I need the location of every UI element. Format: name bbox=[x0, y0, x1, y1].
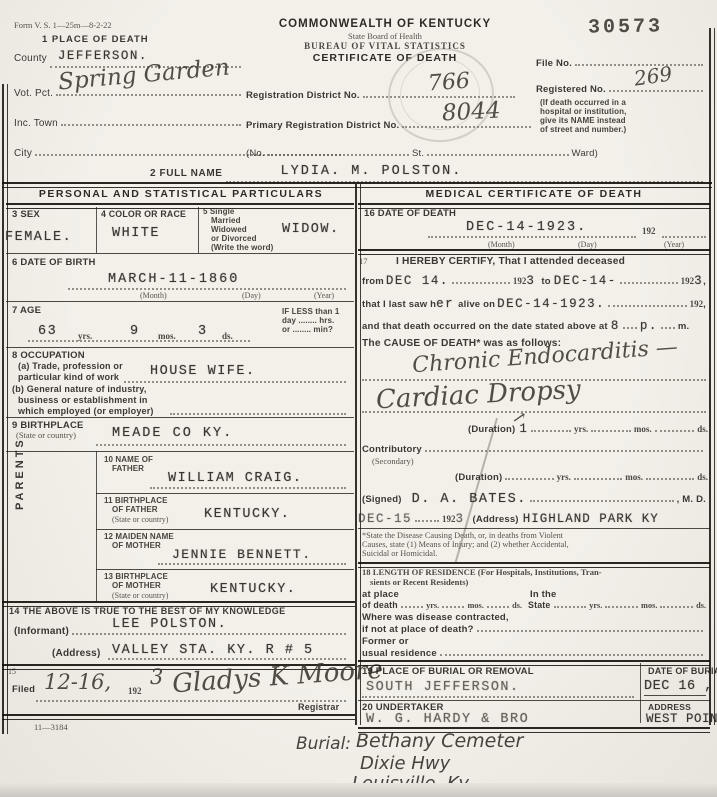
voting-precinct-label: Vot. Pct. bbox=[14, 88, 53, 99]
secondary-label: (Secondary) bbox=[372, 456, 414, 466]
sr-ds: ds. bbox=[696, 601, 706, 610]
county-label: County bbox=[14, 53, 47, 64]
dod-label: 16 DATE OF DEATH bbox=[364, 208, 456, 219]
scan-edge-shadow bbox=[0, 783, 717, 797]
from-year-preprint: 192 bbox=[513, 276, 527, 286]
from-value: DEC 14. bbox=[386, 274, 449, 288]
physician-signature: D. A. BATES. bbox=[412, 492, 527, 507]
from-label: from bbox=[362, 276, 384, 287]
hospital-note-line3: give its NAME instead bbox=[540, 116, 712, 125]
duration2-row: (Duration) yrs. mos. ds. bbox=[455, 472, 708, 483]
former-label: Former or bbox=[362, 636, 409, 647]
saw-blank bbox=[608, 305, 687, 307]
burial-note-cemetery: Bethany Cemeter bbox=[356, 730, 523, 752]
physician-address-value: HIGHLAND PARK KY bbox=[523, 512, 659, 526]
odb1 bbox=[401, 606, 423, 608]
usual-residence-blank bbox=[440, 654, 703, 656]
hospital-note-line1: (If death occurred in a bbox=[540, 98, 712, 107]
hospital-note: (If death occurred in a hospital or inst… bbox=[540, 98, 712, 134]
dob-label: 6 DATE OF BIRTH bbox=[12, 257, 96, 268]
birthplace-blank bbox=[96, 444, 346, 446]
duration2-blank2 bbox=[574, 478, 622, 480]
duration-label: (Duration) bbox=[468, 424, 515, 435]
full-name-label: 2 FULL NAME bbox=[150, 168, 223, 179]
to-year-preprint: 192 bbox=[681, 276, 695, 286]
row-rule-2 bbox=[6, 301, 354, 302]
saw-comma: , bbox=[703, 299, 706, 310]
duration-row: (Duration) 1 yrs. mos. ds. bbox=[468, 422, 708, 436]
medical-section-title: MEDICAL CERTIFICATE OF DEATH bbox=[358, 188, 710, 200]
sr-yrs: yrs. bbox=[589, 601, 602, 610]
state-label: State bbox=[528, 600, 551, 610]
dod-day-caption: (Day) bbox=[578, 240, 597, 249]
duration-mos: mos. bbox=[634, 424, 652, 434]
occupation-a-line2: particular kind of work bbox=[18, 372, 119, 382]
dod-year-preprint: 192 bbox=[642, 226, 656, 236]
marital-label-4: or Divorced bbox=[203, 234, 273, 243]
commonwealth-title: COMMONWEALTH OF KENTUCKY bbox=[240, 18, 530, 30]
full-name-blank: LYDIA. M. POLSTON. bbox=[226, 163, 703, 183]
attended-from-row: from DEC 14. 192 3 to DEC-14- 192 3 , bbox=[362, 274, 706, 288]
sr-mos: mos. bbox=[641, 601, 657, 610]
informant-address-label: (Address) bbox=[52, 648, 100, 659]
footnote-line3: Suicidal or Homicidal. bbox=[362, 549, 569, 558]
marital-label-1: 5 Single bbox=[203, 207, 273, 216]
marital-value: WIDOW. bbox=[282, 222, 340, 237]
duration-blank2 bbox=[591, 430, 631, 432]
burial-date-underline bbox=[644, 695, 706, 696]
to-blank bbox=[620, 282, 678, 284]
duration-blank3 bbox=[655, 430, 695, 432]
contributory-label: Contributory bbox=[362, 444, 422, 455]
undertaker-address-value: WEST POINT KY bbox=[646, 712, 717, 726]
voting-precinct-blank bbox=[56, 94, 241, 96]
hospital-note-line4: of street and number.) bbox=[540, 125, 712, 134]
st-blank bbox=[427, 154, 568, 156]
cause-footnote: *State the Disease Causing Death, or, in… bbox=[362, 531, 569, 558]
death-certificate-scan: Form V. S. 1—25m—8-2-22 1 PLACE OF DEATH… bbox=[0, 0, 717, 797]
undertaker-address-label: ADDRESS bbox=[648, 702, 691, 712]
mother-bp-label1: 13 BIRTHPLACE bbox=[104, 572, 168, 581]
row-rule-4 bbox=[6, 417, 354, 418]
st-label: St. bbox=[412, 148, 424, 159]
father-name-label2: FATHER bbox=[112, 464, 144, 473]
death-occurred-row: and that death occurred on the date stat… bbox=[362, 319, 706, 333]
dob-value: MARCH-11-1860 bbox=[108, 272, 239, 287]
state-board-subtitle: State Board of Health bbox=[240, 31, 530, 41]
county-value: JEFFERSON. bbox=[58, 49, 148, 63]
file-no-label: File No. bbox=[536, 58, 572, 69]
signed-row: (Signed) D. A. BATES. , M. D. bbox=[362, 492, 706, 507]
saw-label2: alive on bbox=[458, 299, 495, 310]
registered-no-label: Registered No. bbox=[536, 84, 606, 95]
mother-name-label1: 12 MAIDEN NAME bbox=[104, 532, 174, 541]
left-bottom-rule bbox=[2, 714, 355, 720]
dob-blank bbox=[68, 288, 346, 290]
street-ward-row: (No. St. Ward) bbox=[246, 148, 598, 159]
dob-year-caption: (Year) bbox=[314, 291, 334, 300]
dod-blank2 bbox=[662, 236, 706, 238]
signed-year-preprint: 192 bbox=[442, 514, 456, 524]
full-name-row: 2 FULL NAME LYDIA. M. POLSTON. bbox=[150, 163, 706, 183]
form-code: Form V. S. 1—25m—8-2-22 bbox=[14, 20, 112, 30]
saw-her-value: er bbox=[436, 297, 454, 311]
occupation-b-line2: business or establishment in bbox=[18, 395, 148, 405]
voting-precinct-row: Vot. Pct. bbox=[14, 88, 244, 99]
registered-no-row: Registered No. bbox=[536, 84, 706, 95]
contributory-blank bbox=[425, 450, 703, 452]
odb2 bbox=[442, 606, 464, 608]
od-ds: ds. bbox=[512, 601, 522, 610]
from-year-value: 3 bbox=[526, 274, 535, 288]
to-comma: , bbox=[703, 276, 706, 287]
signed-year-value: 3 bbox=[456, 512, 465, 526]
father-bp-label2: OF FATHER bbox=[112, 505, 158, 514]
burial-date-value: DEC 16 , 23 bbox=[644, 679, 717, 694]
age-months-value: 9 bbox=[130, 324, 140, 339]
parents-rule-2 bbox=[96, 529, 354, 530]
cause-blank2 bbox=[362, 411, 706, 413]
dod-year-caption: (Year) bbox=[664, 240, 684, 249]
signed-label: (Signed) bbox=[362, 494, 402, 505]
race-value: WHITE bbox=[112, 226, 160, 241]
birthplace-value: MEADE CO KY. bbox=[112, 426, 233, 441]
died-blank2 bbox=[661, 327, 675, 329]
parents-inner-divider bbox=[96, 451, 97, 601]
race-label: 4 COLOR OR RACE bbox=[101, 209, 186, 219]
in-the-label: In the bbox=[530, 589, 557, 600]
registrar-label: Registrar bbox=[298, 702, 339, 712]
certify-field-number: 17 bbox=[359, 256, 368, 266]
contributory-row: Contributory bbox=[362, 444, 706, 455]
informant-label: (Informant) bbox=[14, 626, 69, 637]
father-name-blank bbox=[150, 487, 346, 489]
marital-label-2: Married bbox=[203, 216, 273, 225]
sex-race-divider bbox=[96, 207, 97, 253]
duration-yrs: yrs. bbox=[574, 424, 588, 434]
if-less-line2: day ........ hrs. bbox=[282, 316, 339, 325]
at-place-label: at place bbox=[362, 589, 399, 600]
burial-date-divider bbox=[640, 663, 641, 723]
parents-vertical-label: PARENTS bbox=[14, 437, 26, 510]
last-saw-row: that I last saw h er alive on DEC-14-192… bbox=[362, 297, 706, 311]
srb2 bbox=[605, 606, 638, 608]
saw-date-value: DEC-14-1923. bbox=[497, 297, 605, 311]
saw-year-preprint: 192 bbox=[690, 299, 704, 309]
inc-town-blank bbox=[61, 124, 241, 126]
saw-label1: that I last saw h bbox=[362, 299, 436, 310]
signed-date-value: DEC-15 bbox=[358, 512, 412, 526]
mother-bp-label2: OF MOTHER bbox=[112, 581, 161, 590]
footnote-line1: *State the Disease Causing Death, or, in… bbox=[362, 531, 569, 540]
signed-date-row: DEC-15 192 3 (Address) HIGHLAND PARK KY bbox=[358, 512, 708, 526]
age-blank bbox=[28, 340, 250, 342]
occupation-label: 8 OCCUPATION bbox=[12, 350, 85, 361]
sex-label: 3 SEX bbox=[12, 209, 40, 220]
burial-note-street: Dixie Hwy bbox=[360, 753, 450, 774]
filed-year-preprint: 192 bbox=[128, 686, 142, 696]
filed-field-number: 15 bbox=[8, 667, 16, 676]
duration-blank1 bbox=[531, 430, 571, 432]
to-value: DEC-14- bbox=[554, 274, 617, 288]
filed-label: Filed bbox=[12, 684, 35, 695]
registrar-signature: Gladys K Moore bbox=[171, 655, 384, 700]
city-label: City bbox=[14, 148, 32, 159]
marital-label-3: Widowed bbox=[203, 225, 273, 234]
primary-district-label: Primary Registration District No. bbox=[246, 120, 399, 131]
burial-place-value: SOUTH JEFFERSON. bbox=[366, 680, 520, 695]
full-name-value: LYDIA. M. POLSTON. bbox=[281, 164, 463, 179]
physician-address-label: (Address) bbox=[473, 514, 519, 525]
ward-label: Ward) bbox=[572, 148, 599, 159]
burial-place-blank bbox=[362, 696, 634, 698]
od-mos: mos. bbox=[467, 601, 483, 610]
mother-name-label2: OF MOTHER bbox=[112, 541, 161, 550]
father-name-label1: 10 NAME OF bbox=[104, 455, 153, 464]
father-bp-value: KENTUCKY. bbox=[204, 507, 290, 522]
age-days-value: 3 bbox=[198, 324, 208, 339]
no-label: (No. bbox=[246, 148, 265, 159]
died-time-value: 8 bbox=[611, 319, 620, 333]
race-marital-divider bbox=[198, 207, 199, 253]
certificate-title: CERTIFICATE OF DEATH bbox=[240, 52, 530, 64]
duration2-yrs: yrs. bbox=[557, 472, 571, 482]
no-blank bbox=[268, 154, 409, 156]
mother-name-value: JENNIE BENNETT. bbox=[172, 547, 312, 562]
marital-label-5: (Write the word) bbox=[203, 243, 273, 252]
if-not-row: if not at place of death? bbox=[362, 624, 706, 635]
mother-name-blank bbox=[158, 563, 346, 565]
from-blank bbox=[452, 282, 510, 284]
residence-label-line1: 18 LENGTH OF RESIDENCE (For Hospitals, I… bbox=[362, 567, 602, 577]
occupation-b-line1: (b) General nature of industry, bbox=[12, 384, 147, 394]
footnote-line2: Causes, state (1) Means of Injury; and (… bbox=[362, 540, 569, 549]
file-no-row: File No. bbox=[536, 58, 706, 69]
usual-residence-row: usual residence bbox=[362, 648, 706, 659]
father-bp-label1: 11 BIRTHPLACE bbox=[104, 496, 168, 505]
row-rule-3 bbox=[6, 347, 354, 348]
duration-value: 1 bbox=[519, 422, 528, 436]
dob-day-caption: (Day) bbox=[242, 291, 261, 300]
filed-year-value: 3 bbox=[150, 665, 163, 689]
informant-certify-label: 14 THE ABOVE IS TRUE TO THE BEST OF MY K… bbox=[9, 606, 286, 616]
died-p: p. bbox=[640, 319, 658, 333]
occupation-b-blank bbox=[170, 413, 346, 415]
died-m: m. bbox=[678, 321, 690, 332]
residence-label-line2: sients or Recent Residents) bbox=[370, 577, 468, 587]
registered-no-blank bbox=[609, 90, 703, 92]
certify-line: I HEREBY CERTIFY, That I attended deceas… bbox=[396, 256, 625, 267]
footnote-rule bbox=[358, 528, 710, 529]
undertaker-rule bbox=[358, 700, 710, 701]
died-blank1 bbox=[623, 327, 637, 329]
undertaker-value: W. G. HARDY & BRO bbox=[366, 712, 529, 727]
signed-date-blank bbox=[415, 520, 439, 522]
if-less-block: IF LESS than 1 day ........ hrs. or ....… bbox=[282, 307, 339, 334]
personal-section-title: PERSONAL AND STATISTICAL PARTICULARS bbox=[8, 188, 354, 200]
occupation-value: HOUSE WIFE. bbox=[150, 364, 256, 379]
srb1 bbox=[554, 606, 587, 608]
dod-value: DEC-14-1923. bbox=[466, 220, 587, 235]
burial-date-label: DATE OF BURIAL bbox=[648, 666, 717, 676]
dod-month-caption: (Month) bbox=[488, 240, 515, 249]
inc-town-row: Inc. Town bbox=[14, 118, 244, 129]
duration2-ds: ds. bbox=[697, 472, 708, 482]
dod-blank1 bbox=[428, 236, 636, 238]
inc-town-label: Inc. Town bbox=[14, 118, 58, 129]
died-label: and that death occurred on the date stat… bbox=[362, 321, 608, 332]
parents-rule-3 bbox=[96, 569, 354, 570]
if-less-line3: or ........ min? bbox=[282, 325, 339, 334]
duration2-blank3 bbox=[646, 478, 694, 480]
duration2-mos: mos. bbox=[625, 472, 643, 482]
row-rule-1 bbox=[6, 253, 354, 254]
if-not-blank bbox=[477, 630, 703, 632]
of-death-label: of death bbox=[362, 600, 398, 610]
of-death-row: of death yrs. mos. ds. bbox=[362, 600, 522, 610]
dob-month-caption: (Month) bbox=[140, 291, 167, 300]
registration-district-label: Registration District No. bbox=[246, 90, 360, 101]
duration-ds: ds. bbox=[697, 424, 708, 434]
informant-blank bbox=[72, 633, 346, 635]
odb3 bbox=[487, 606, 509, 608]
srb3 bbox=[660, 606, 693, 608]
usual-residence-label: usual residence bbox=[362, 648, 437, 659]
father-name-value: WILLIAM CRAIG. bbox=[168, 471, 302, 486]
age-label: 7 AGE bbox=[12, 305, 41, 316]
burial-place-label: 19 PLACE OF BURIAL OR REMOVAL bbox=[362, 666, 534, 677]
occupation-b-line3: which employed (or employer) bbox=[18, 406, 154, 416]
duration2-label: (Duration) bbox=[455, 472, 502, 483]
certify-rule bbox=[358, 249, 710, 255]
file-stamp-number: 30573 bbox=[588, 15, 663, 39]
row-rule-5 bbox=[6, 451, 354, 452]
occupation-a-line1: (a) Trade, profession or bbox=[18, 361, 123, 371]
mother-bp-value: KENTUCKY. bbox=[210, 582, 296, 597]
if-less-line1: IF LESS than 1 bbox=[282, 307, 339, 316]
where-contracted-label: Where was disease contracted, bbox=[362, 612, 509, 623]
informant-value: LEE POLSTON. bbox=[112, 617, 227, 632]
mother-bp-sub-label: (State or country) bbox=[112, 591, 168, 600]
bureau-subtitle: BUREAU OF VITAL STATISTICS bbox=[240, 41, 530, 51]
filed-date-value: 12-16, bbox=[44, 670, 111, 694]
father-bp-sub-label: (State or country) bbox=[112, 515, 168, 524]
state-residence-row: State yrs. mos. ds. bbox=[528, 600, 706, 610]
to-year-value: 3 bbox=[694, 274, 703, 288]
od-yrs: yrs. bbox=[426, 601, 439, 610]
form-number: 11—3184 bbox=[34, 722, 68, 732]
md-label: , M. D. bbox=[677, 494, 706, 505]
marital-label-block: 5 Single Married Widowed or Divorced (Wr… bbox=[203, 207, 273, 252]
burial-note-prefix: Burial: bbox=[296, 734, 351, 754]
if-not-label: if not at place of death? bbox=[362, 624, 474, 635]
signed-blank bbox=[530, 500, 674, 502]
duration2-blank1 bbox=[505, 478, 553, 480]
sex-value: FEMALE. bbox=[5, 230, 72, 245]
age-years-value: 63 bbox=[38, 324, 57, 339]
place-of-death-title: 1 PLACE OF DEATH bbox=[42, 34, 149, 45]
hospital-note-line2: hospital or institution, bbox=[540, 107, 712, 116]
parents-rule-1 bbox=[96, 493, 354, 494]
occupation-a-blank bbox=[124, 381, 346, 383]
to-label: to bbox=[541, 276, 550, 287]
informant-address-value: VALLEY STA. KY. R # 5 bbox=[112, 643, 314, 658]
